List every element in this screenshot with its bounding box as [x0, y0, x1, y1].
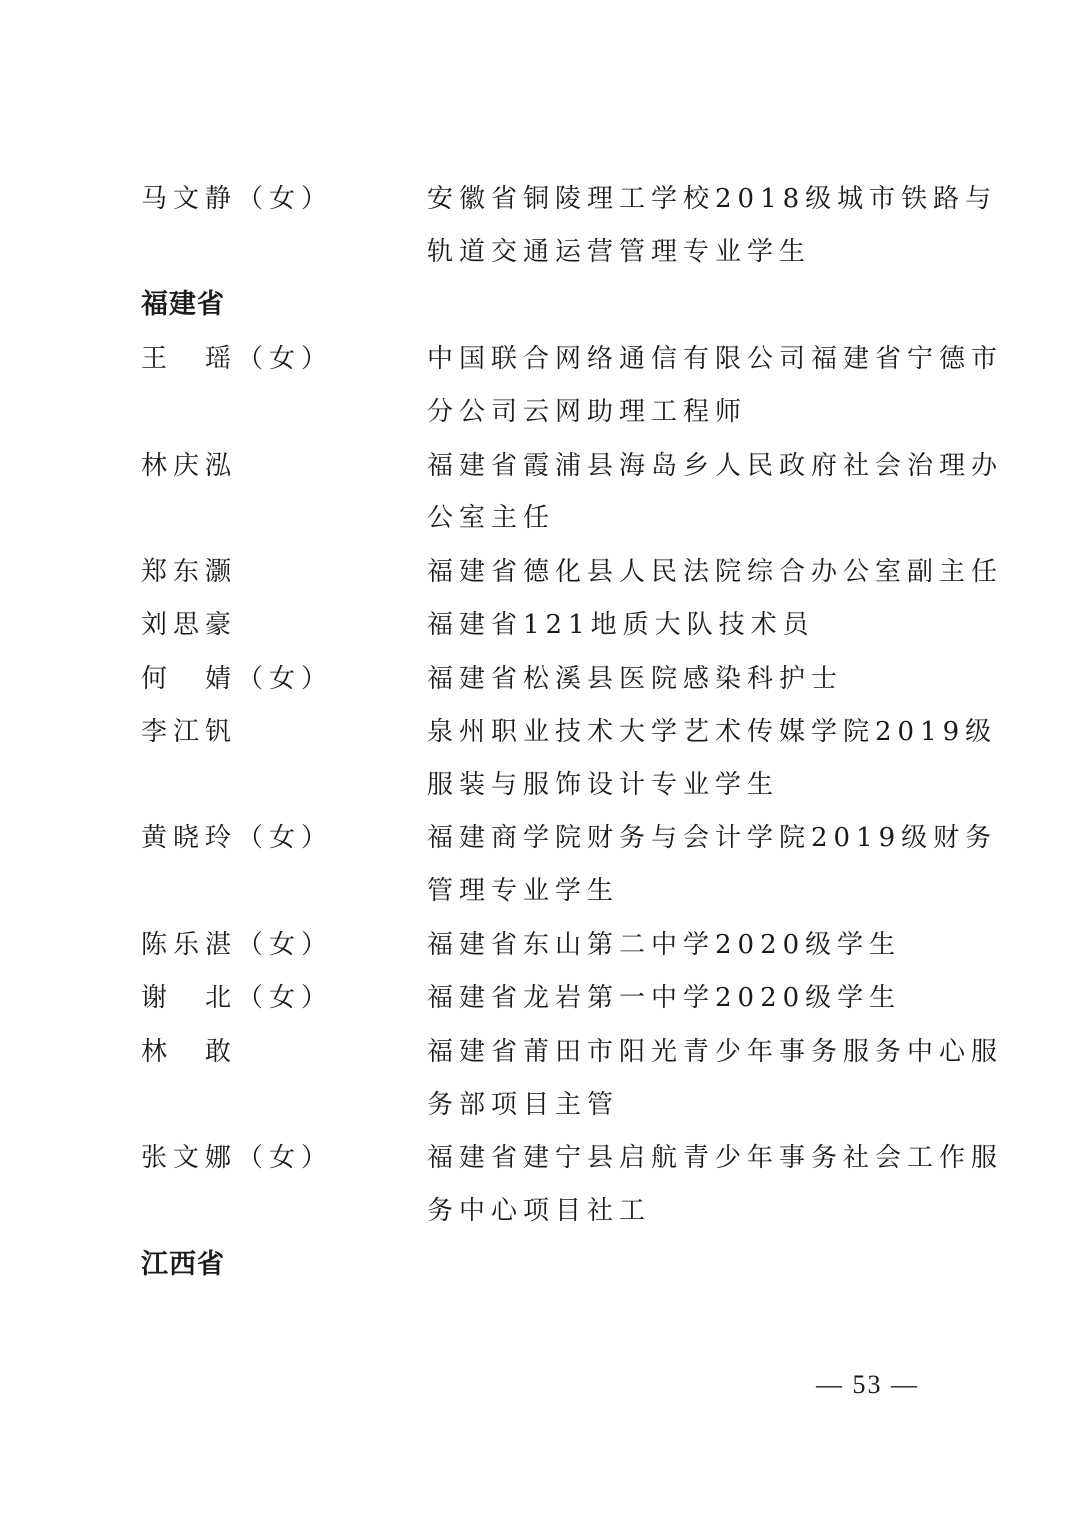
entry-description: 服装与服饰设计专业学生: [427, 768, 779, 802]
entry-description: 轨道交通运营管理专业学生: [427, 235, 811, 269]
section-heading: 福建省: [141, 288, 225, 322]
entry-name: 何 婧（女）: [141, 662, 333, 696]
entry-name: 林庆泓: [141, 449, 237, 483]
entry-description: 公室主任: [427, 501, 555, 535]
entry-name: 黄晓玲（女）: [141, 821, 333, 855]
document-page: 马文静（女） 安徽省铜陵理工学校2018级城市铁路与 轨道交通运营管理专业学生 …: [0, 0, 1080, 1526]
entry-description: 福建省建宁县启航青少年事务社会工作服: [427, 1141, 1003, 1175]
entry-name: 李江钒: [141, 715, 237, 749]
entry-name: 张文娜（女）: [141, 1141, 333, 1175]
entry-description: 泉州职业技术大学艺术传媒学院2019级: [427, 715, 997, 749]
entry-name: 马文静（女）: [141, 182, 333, 216]
entry-name: 刘思豪: [141, 608, 237, 642]
entry-name: 陈乐湛（女）: [141, 928, 333, 962]
entry-name: 王 瑶（女）: [141, 342, 333, 376]
entry-name: 郑东灏: [141, 555, 237, 589]
entry-description: 务中心项目社工: [427, 1194, 651, 1228]
entry-description: 福建省德化县人民法院综合办公室副主任: [427, 555, 1003, 589]
entry-description: 福建省霞浦县海岛乡人民政府社会治理办: [427, 449, 1003, 483]
section-heading: 江西省: [141, 1248, 225, 1282]
page-number: — 53 —: [816, 1368, 919, 1402]
entry-description: 福建省莆田市阳光青少年事务服务中心服: [427, 1035, 1003, 1069]
entry-name: 谢 北（女）: [141, 981, 333, 1015]
entry-description: 分公司云网助理工程师: [427, 395, 747, 429]
entry-description: 福建省121地质大队技术员: [427, 608, 815, 642]
entry-description: 务部项目主管: [427, 1088, 619, 1122]
entry-description: 福建省松溪县医院感染科护士: [427, 662, 843, 696]
entry-description: 福建商学院财务与会计学院2019级财务: [427, 821, 997, 855]
entry-description: 福建省龙岩第一中学2020级学生: [427, 981, 901, 1015]
entry-description: 管理专业学生: [427, 874, 619, 908]
entry-description: 中国联合网络通信有限公司福建省宁德市: [427, 342, 1003, 376]
entry-name: 林 敢: [141, 1035, 237, 1069]
entry-description: 安徽省铜陵理工学校2018级城市铁路与: [427, 182, 997, 216]
entry-description: 福建省东山第二中学2020级学生: [427, 928, 901, 962]
